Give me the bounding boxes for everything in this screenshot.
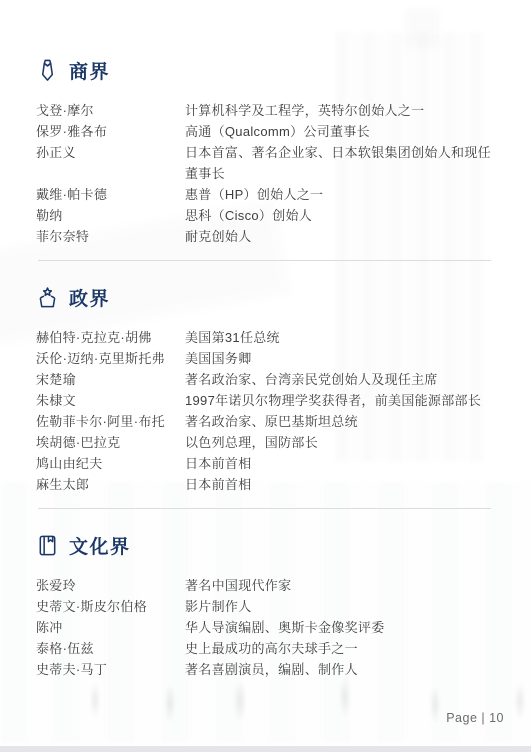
person-name: 陈冲	[36, 617, 185, 638]
person-row: 孙正义 日本首富、著名企业家、日本软银集团创始人和现任董事长	[36, 142, 503, 184]
section-title: 商界	[69, 57, 110, 84]
person-name: 佐勒菲卡尔·阿里·布托	[36, 411, 185, 432]
person-description: 著名政治家、原巴基斯坦总统	[185, 411, 503, 432]
person-row: 泰格·伍兹 史上最成功的高尔夫球手之一	[36, 638, 503, 659]
person-description: 史上最成功的高尔夫球手之一	[185, 638, 503, 659]
person-name: 鸠山由纪夫	[36, 453, 185, 474]
section-divider	[38, 260, 491, 261]
person-name: 史蒂文·斯皮尔伯格	[36, 596, 185, 617]
person-name: 孙正义	[36, 142, 185, 184]
section-title: 文化界	[69, 532, 131, 559]
page-number: Page | 10	[446, 711, 504, 725]
person-row: 戴维·帕卡德 惠普（HP）创始人之一	[36, 184, 503, 205]
person-description: 美国第31任总统	[185, 327, 503, 348]
person-description: 日本前首相	[185, 474, 503, 495]
person-row: 佐勒菲卡尔·阿里·布托 著名政治家、原巴基斯坦总统	[36, 411, 503, 432]
person-row: 宋楚瑜 著名政治家、台湾亲民党创始人及现任主席	[36, 369, 503, 390]
page-content: 商界 戈登·摩尔 计算机科学及工程学，英特尔创始人之一 保罗·雅各布 高通（Qu…	[0, 0, 531, 752]
person-description: 著名政治家、台湾亲民党创始人及现任主席	[185, 369, 503, 390]
person-row: 陈冲 华人导演编剧、奥斯卡金像奖评委	[36, 617, 503, 638]
section-politics-list: 赫伯特·克拉克·胡佛 美国第31任总统 沃伦·迈纳·克里斯托弗 美国国务卿 宋楚…	[36, 327, 503, 495]
person-name: 戴维·帕卡德	[36, 184, 185, 205]
person-name: 菲尔奈特	[36, 226, 185, 247]
section-business: 商界 戈登·摩尔 计算机科学及工程学，英特尔创始人之一 保罗·雅各布 高通（Qu…	[36, 56, 503, 247]
person-description: 日本前首相	[185, 453, 503, 474]
person-row: 保罗·雅各布 高通（Qualcomm）公司董事长	[36, 121, 503, 142]
person-name: 沃伦·迈纳·克里斯托弗	[36, 348, 185, 369]
person-row: 赫伯特·克拉克·胡佛 美国第31任总统	[36, 327, 503, 348]
section-title: 政界	[69, 284, 110, 311]
person-row: 勒纳 思科（Cisco）创始人	[36, 205, 503, 226]
section-business-header: 商界	[36, 56, 503, 84]
person-description: 著名喜剧演员，编剧、制作人	[185, 659, 503, 680]
person-description: 以色列总理，国防部长	[185, 432, 503, 453]
person-row: 朱棣文 1997年诺贝尔物理学奖获得者，前美国能源部部长	[36, 390, 503, 411]
person-name: 赫伯特·克拉克·胡佛	[36, 327, 185, 348]
person-name: 勒纳	[36, 205, 185, 226]
person-name: 张爱玲	[36, 575, 185, 596]
person-row: 史蒂文·斯皮尔伯格 影片制作人	[36, 596, 503, 617]
person-row: 张爱玲 著名中国现代作家	[36, 575, 503, 596]
section-divider	[38, 508, 491, 509]
section-politics-header: 政界	[36, 283, 503, 311]
section-culture-header: 文化界	[36, 531, 503, 559]
star-box-icon	[36, 285, 59, 310]
person-row: 麻生太郎 日本前首相	[36, 474, 503, 495]
person-description: 华人导演编剧、奥斯卡金像奖评委	[185, 617, 503, 638]
person-description: 计算机科学及工程学，英特尔创始人之一	[185, 100, 503, 121]
person-name: 史蒂夫·马丁	[36, 659, 185, 680]
person-description: 惠普（HP）创始人之一	[185, 184, 503, 205]
person-row: 沃伦·迈纳·克里斯托弗 美国国务卿	[36, 348, 503, 369]
document-page: 商界 戈登·摩尔 计算机科学及工程学，英特尔创始人之一 保罗·雅各布 高通（Qu…	[0, 0, 531, 752]
section-culture-list: 张爱玲 著名中国现代作家 史蒂文·斯皮尔伯格 影片制作人 陈冲 华人导演编剧、奥…	[36, 575, 503, 680]
person-description: 著名中国现代作家	[185, 575, 503, 596]
person-description: 影片制作人	[185, 596, 503, 617]
person-name: 宋楚瑜	[36, 369, 185, 390]
person-row: 菲尔奈特 耐克创始人	[36, 226, 503, 247]
person-row: 鸠山由纪夫 日本前首相	[36, 453, 503, 474]
person-description: 高通（Qualcomm）公司董事长	[185, 121, 503, 142]
page-bottom-edge	[0, 746, 531, 752]
section-politics: 政界 赫伯特·克拉克·胡佛 美国第31任总统 沃伦·迈纳·克里斯托弗 美国国务卿…	[36, 283, 503, 495]
person-row: 戈登·摩尔 计算机科学及工程学，英特尔创始人之一	[36, 100, 503, 121]
person-description: 耐克创始人	[185, 226, 503, 247]
person-description: 美国国务卿	[185, 348, 503, 369]
tie-icon	[36, 58, 59, 83]
person-name: 戈登·摩尔	[36, 100, 185, 121]
person-row: 史蒂夫·马丁 著名喜剧演员，编剧、制作人	[36, 659, 503, 680]
person-row: 埃胡德·巴拉克 以色列总理，国防部长	[36, 432, 503, 453]
person-name: 保罗·雅各布	[36, 121, 185, 142]
person-name: 麻生太郎	[36, 474, 185, 495]
person-name: 埃胡德·巴拉克	[36, 432, 185, 453]
section-business-list: 戈登·摩尔 计算机科学及工程学，英特尔创始人之一 保罗·雅各布 高通（Qualc…	[36, 100, 503, 247]
person-description: 思科（Cisco）创始人	[185, 205, 503, 226]
person-description: 1997年诺贝尔物理学奖获得者，前美国能源部部长	[185, 390, 503, 411]
person-name: 泰格·伍兹	[36, 638, 185, 659]
book-icon	[36, 533, 59, 558]
person-description: 日本首富、著名企业家、日本软银集团创始人和现任董事长	[185, 142, 503, 184]
section-culture: 文化界 张爱玲 著名中国现代作家 史蒂文·斯皮尔伯格 影片制作人 陈冲 华人导演…	[36, 531, 503, 680]
person-name: 朱棣文	[36, 390, 185, 411]
